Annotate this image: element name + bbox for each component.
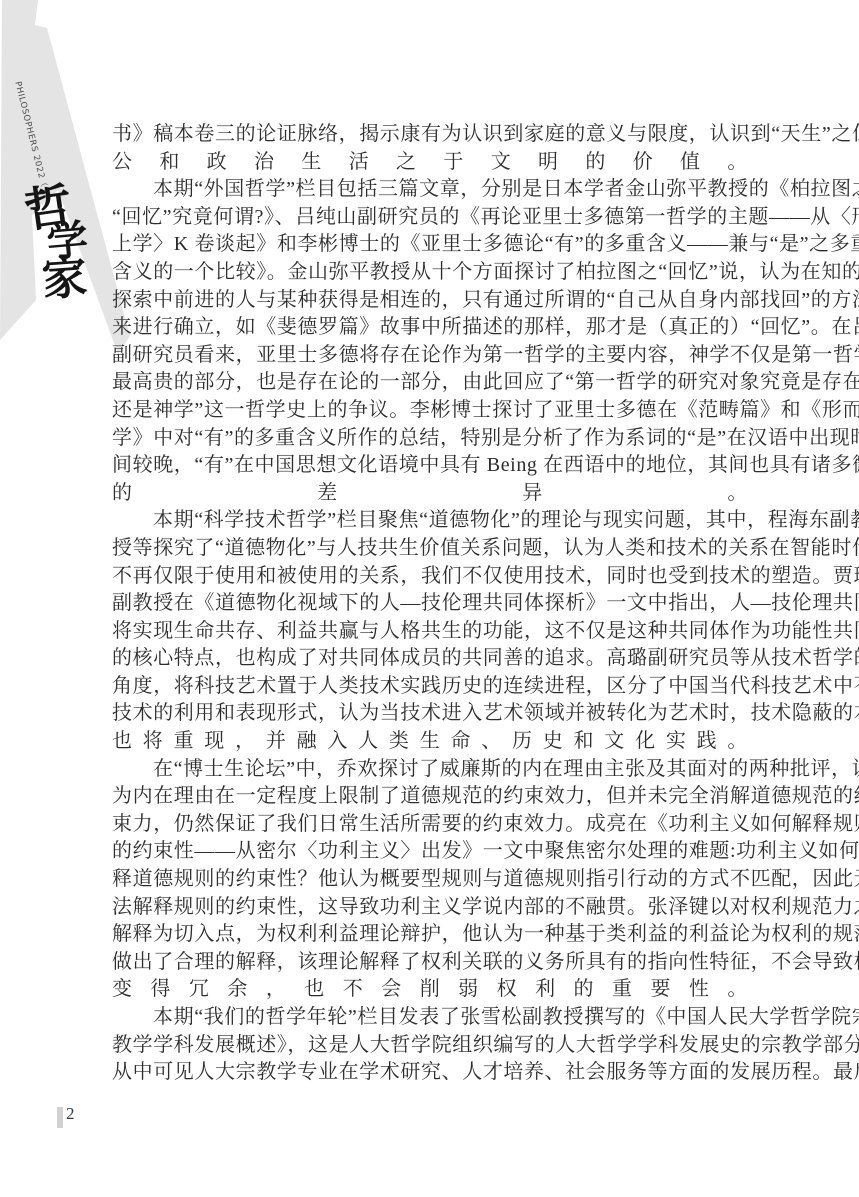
text-line: 角度，将科技艺术置于人类技术实践历史的连续进程，区分了中国当代科技艺术中不同: [112, 673, 748, 701]
text-line: 也将重现，并融入人类生命、历史和文化实践。: [112, 728, 748, 756]
text-line: 做出了合理的解释，该理论解释了权利关联的义务所具有的指向性特征，不会导致权利: [112, 949, 748, 977]
text-line: 的核心特点，也构成了对共同体成员的共同善的追求。高璐副研究员等从技术哲学的: [112, 645, 748, 673]
paragraph: 本期“外国哲学”栏目包括三篇文章，分别是日本学者金山弥平教授的《柏拉图之“回忆”…: [112, 176, 748, 507]
text-line: 还是神学”这一哲学史上的争议。李彬博士探讨了亚里士多德在《范畴篇》和《形而上: [112, 397, 748, 425]
text-line: 在“博士生论坛”中，乔欢探讨了威廉斯的内在理由主张及其面对的两种批评，认: [112, 756, 748, 784]
text-line: 的差异。: [112, 480, 748, 508]
text-line: “回忆”究竟何谓?》、吕纯山副研究员的《再论亚里士多德第一哲学的主题——从〈形而: [112, 204, 748, 232]
text-line: 释道德规则的约束性？他认为概要型规则与道德规则指引行动的方式不匹配，因此无: [112, 866, 748, 894]
text-line: 公和政治生活之于文明的价值。: [112, 149, 748, 177]
text-line: 将实现生命共存、利益共赢与人格共生的功能，这不仅是这种共同体作为功能性共同体: [112, 618, 748, 646]
text-line: 教学学科发展概述》，这是人大哲学院组织编写的人大哲学学科发展史的宗教学部分，: [112, 1032, 748, 1060]
text-line: 上学〉K 卷谈起》和李彬博士的《亚里士多德论“有”的多重含义——兼与“是”之多重: [112, 231, 748, 259]
paragraph: 本期“科学技术哲学”栏目聚焦“道德物化”的理论与现实问题，其中，程海东副教授等探…: [112, 507, 748, 755]
scanned-journal-page: { "page": { "number": "2", "background_c…: [0, 0, 859, 1197]
page-body-text: 书》稿本卷三的论证脉络，揭示康有为认识到家庭的意义与限度，认识到“天生”之仁、公…: [112, 121, 748, 1087]
text-line: 授等探究了“道德物化”与人技共生价值关系问题，认为人类和技术的关系在智能时代: [112, 535, 748, 563]
calligraphy-char-jia: 家: [40, 255, 88, 303]
page-number-bar: [57, 1107, 63, 1128]
text-line: 的约束性——从密尔〈功利主义〉出发》一文中聚焦密尔处理的难题:功利主义如何解: [112, 838, 748, 866]
paragraph: 在“博士生论坛”中，乔欢探讨了威廉斯的内在理由主张及其面对的两种批评，认为内在理…: [112, 756, 748, 1004]
text-line: 技术的利用和表现形式，认为当技术进入艺术领域并被转化为艺术时，技术隐蔽的本质: [112, 700, 748, 728]
text-line: 本期“外国哲学”栏目包括三篇文章，分别是日本学者金山弥平教授的《柏拉图之: [112, 176, 748, 204]
text-line: 副研究员看来，亚里士多德将存在论作为第一哲学的主要内容，神学不仅是第一哲学的: [112, 342, 748, 370]
text-line: 间较晚，“有”在中国思想文化语境中具有 Being 在西语中的地位，其间也具有诸…: [112, 452, 748, 480]
paragraph: 书》稿本卷三的论证脉络，揭示康有为认识到家庭的意义与限度，认识到“天生”之仁、公…: [112, 121, 748, 176]
text-line: 法解释规则的约束性，这导致功利主义学说内部的不融贯。张泽键以对权利规范力之: [112, 894, 748, 922]
text-line: 不再仅限于使用和被使用的关系，我们不仅使用技术，同时也受到技术的塑造。贾璐萌: [112, 563, 748, 591]
text-line: 探索中前进的人与某种获得是相连的，只有通过所谓的“自己从自身内部找回”的方法: [112, 287, 748, 315]
text-line: 解释为切入点，为权利利益理论辩护，他认为一种基于类利益的利益论为权利的规范力: [112, 921, 748, 949]
text-line: 本期“我们的哲学年轮”栏目发表了张雪松副教授撰写的《中国人民大学哲学院宗: [112, 1004, 748, 1032]
text-line: 来进行确立，如《斐德罗篇》故事中所描述的那样，那才是（真正的）“回忆”。在吕纯山: [112, 314, 748, 342]
text-line: 本期“科学技术哲学”栏目聚焦“道德物化”的理论与现实问题，其中，程海东副教: [112, 507, 748, 535]
text-line: 书》稿本卷三的论证脉络，揭示康有为认识到家庭的意义与限度，认识到“天生”之仁、: [112, 121, 748, 149]
text-line: 含义的一个比较》。金山弥平教授从十个方面探讨了柏拉图之“回忆”说，认为在知的: [112, 259, 748, 287]
text-line: 为内在理由在一定程度上限制了道德规范的约束效力，但并未完全消解道德规范的约: [112, 783, 748, 811]
text-line: 变得冗余，也不会削弱权利的重要性。: [112, 976, 748, 1004]
text-line: 副教授在《道德物化视域下的人—技伦理共同体探析》一文中指出，人—技伦理共同体: [112, 590, 748, 618]
text-line: 从中可见人大宗教学专业在学术研究、人才培养、社会服务等方面的发展历程。最后，: [112, 1059, 748, 1087]
text-line: 最高贵的部分，也是存在论的一部分，由此回应了“第一哲学的研究对象究竟是存在论: [112, 369, 748, 397]
paragraph: 本期“我们的哲学年轮”栏目发表了张雪松副教授撰写的《中国人民大学哲学院宗教学学科…: [112, 1004, 748, 1087]
page-number: 2: [66, 1104, 75, 1124]
text-line: 束力，仍然保证了我们日常生活所需要的约束效力。成亮在《功利主义如何解释规则: [112, 811, 748, 839]
text-line: 学》中对“有”的多重含义所作的总结，特别是分析了作为系词的“是”在汉语中出现时: [112, 425, 748, 453]
